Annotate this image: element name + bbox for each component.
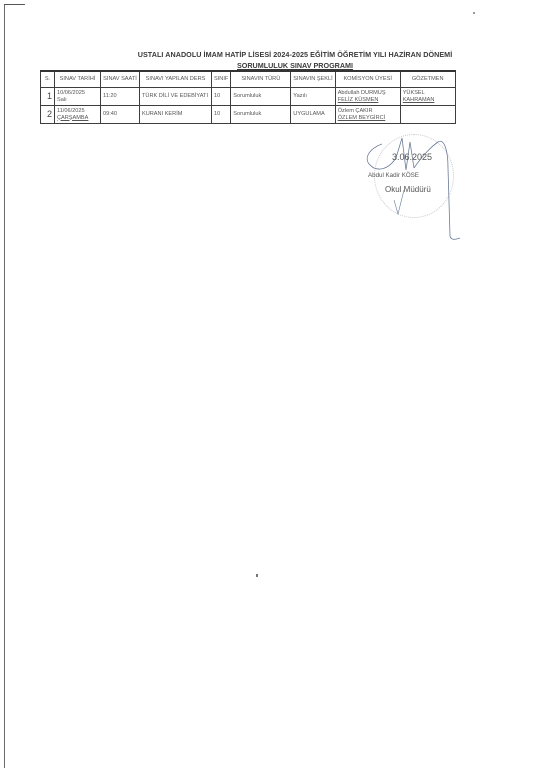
header-date: SINAV TARİHİ: [55, 71, 101, 88]
cell-grade: 10: [212, 106, 231, 124]
exam-schedule-table: S. SINAV TARİHİ SINAV SAATİ SINAVI YAPIL…: [40, 70, 456, 124]
exam-day: Salı: [57, 97, 98, 104]
header-commission: KOMİSYON ÜYESİ: [335, 71, 400, 88]
commission-member: Özlem ÇAKIR: [338, 108, 398, 115]
cell-date: 11/06/2025 ÇARŞAMBA: [55, 106, 101, 124]
cell-type: Sorumluluk: [231, 88, 291, 106]
cell-time: 09:40: [101, 106, 140, 124]
cell-course: TÜRK DİLİ VE EDEBİYATI: [140, 88, 212, 106]
cell-grade: 10: [212, 88, 231, 106]
exam-date: 11/06/2025: [57, 108, 98, 115]
commission-member: Abdullah DURMUŞ: [338, 90, 398, 97]
exam-date: 10/06/2025: [57, 90, 98, 97]
header-course: SINAVI YAPILAN DERS: [140, 71, 212, 88]
cell-no: 1: [41, 88, 55, 106]
cell-date: 10/06/2025 Salı: [55, 88, 101, 106]
scan-page-edge: [4, 4, 5, 768]
table-row: 1 10/06/2025 Salı 11:20 TÜRK DİLİ VE EDE…: [41, 88, 456, 106]
header-shape: SINAVIN ŞEKLİ: [291, 71, 335, 88]
header-proctor: GÖZETMEN: [400, 71, 455, 88]
proctor-name: YÜKSEL: [403, 90, 453, 97]
commission-member: FELİZ KÜSMEN: [338, 97, 398, 104]
table-row: 2 11/06/2025 ÇARŞAMBA 09:40 KURANI KERİM…: [41, 106, 456, 124]
header-time: SINAV SAATİ: [101, 71, 140, 88]
scan-speck: [256, 574, 258, 577]
exam-day: ÇARŞAMBA: [57, 115, 98, 122]
cell-proctor: [400, 106, 455, 124]
signature-date: 3.06.2025: [392, 152, 432, 162]
cell-time: 11:20: [101, 88, 140, 106]
cell-course: KURANI KERİM: [140, 106, 212, 124]
cell-commission: Abdullah DURMUŞ FELİZ KÜSMEN: [335, 88, 400, 106]
cell-proctor: YÜKSEL KAHRAMAN: [400, 88, 455, 106]
document-subtitle: SORUMLULUK SINAV PROGRAMI: [100, 61, 490, 70]
signature-block: 3.06.2025 Abdul Kadir KÖSE Okul Müdürü: [352, 128, 472, 243]
header-grade: SINIF: [212, 71, 231, 88]
commission-member: ÖZLEM BEYGİRCİ: [338, 115, 398, 122]
principal-name: Abdul Kadir KÖSE: [368, 172, 419, 179]
cell-shape: UYGULAMA: [291, 106, 335, 124]
cell-no: 2: [41, 106, 55, 124]
scan-speck: [473, 12, 475, 14]
document-title: USTALI ANADOLU İMAM HATİP LİSESİ 2024-20…: [100, 50, 490, 59]
cell-shape: Yazılı: [291, 88, 335, 106]
proctor-surname: KAHRAMAN: [403, 97, 453, 104]
table-header-row: S. SINAV TARİHİ SINAV SAATİ SINAVI YAPIL…: [41, 71, 456, 88]
header-no: S.: [41, 71, 55, 88]
cell-type: Sorumluluk: [231, 106, 291, 124]
principal-title: Okul Müdürü: [385, 185, 431, 194]
scan-page-corner: [4, 4, 25, 5]
cell-commission: Özlem ÇAKIR ÖZLEM BEYGİRCİ: [335, 106, 400, 124]
header-type: SINAVIN TÜRÜ: [231, 71, 291, 88]
